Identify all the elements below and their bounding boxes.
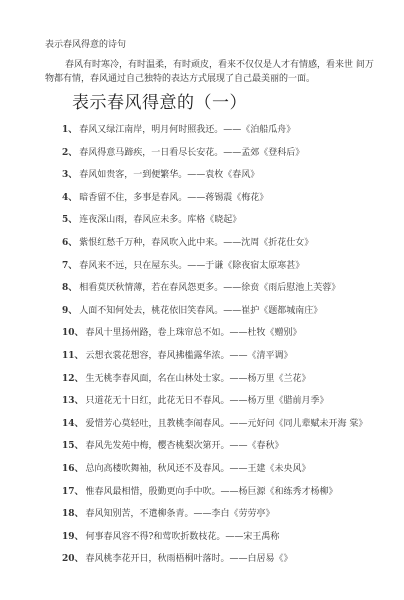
list-item: 15、春风先发苑中梅，樱杏桃梨次第开。——《春秋》 — [62, 439, 367, 462]
item-number: 18、 — [62, 509, 84, 519]
item-number: 9、 — [62, 306, 77, 316]
item-number: 8、 — [62, 283, 77, 293]
intro-paragraph: 春风有时寒冷，有时温柔，有时顽皮，看来不仅仅是人才有情感，看来世 间万 物都有情… — [45, 58, 365, 86]
list-item: 12、生无桃李春风面，名在山林处士家。——杨万里《兰花》 — [62, 372, 367, 395]
poem-list: 1、春风又绿江南岸，明月何时照我还。——《泊船瓜舟》 2、春风得意马蹄疾，一日看… — [62, 123, 367, 575]
item-text: 春风得意马蹄疾，一日看尽长安花。——孟郊《登科后》 — [79, 148, 304, 158]
item-text: 云想衣裳花想容，春风拂槛露华浓。——《清平调》 — [86, 351, 293, 361]
list-item: 16、总向高楼吹舞袖，秋风还不及春风。——王建《未央风》 — [62, 462, 367, 485]
list-item: 9、人面不知何处去，桃花依旧笑春风。——崔护《题都城南庄》 — [62, 304, 367, 327]
item-number: 6、 — [62, 238, 77, 248]
item-number: 20、 — [62, 554, 84, 564]
item-text: 何事春风容不得?和莺吹折数枝花。——宋王禹称 — [86, 532, 280, 542]
item-text: 只道花无十日红，此花无日不春风。——杨万里《腊前月季》 — [86, 396, 329, 406]
item-number: 2、 — [62, 148, 77, 158]
list-item: 3、春风如贵客，一到便繁华。——袁枚《春风》 — [62, 168, 367, 191]
document-page: 表示春风得意的诗句 春风有时寒冷，有时温柔，有时顽皮，看来不仅仅是人才有情感，看… — [0, 0, 404, 600]
list-item: 5、连夜深山雨，春风应未多。库格《晓起》 — [62, 213, 367, 236]
list-item: 2、春风得意马蹄疾，一日看尽长安花。——孟郊《登科后》 — [62, 146, 367, 169]
item-text: 惟春风最相惜，殷勤更向手中吹。——杨巨源《和练秀才杨柳》 — [86, 487, 338, 497]
item-number: 15、 — [62, 441, 84, 451]
item-text: 生无桃李春风面，名在山林处士家。——杨万里《兰花》 — [86, 374, 311, 384]
item-number: 5、 — [62, 215, 77, 225]
list-item: 6、紫恨红愁千万种，春风吹入此中来。——沈周《折花仕女》 — [62, 236, 367, 259]
item-text: 春风知别苦，不遣柳条青。——李白《劳劳亭》 — [86, 509, 275, 519]
item-number: 16、 — [62, 464, 84, 474]
list-item: 4、暗香留不住，多事是春风。——蒋锡震《梅花》 — [62, 191, 367, 214]
item-number: 7、 — [62, 261, 77, 271]
list-item: 7、春风来不远，只在屋东头。——于谦《除夜宿太原寒甚》 — [62, 259, 367, 282]
item-text: 总向高楼吹舞袖，秋风还不及春风。——王建《未央风》 — [86, 464, 311, 474]
item-text: 春风又绿江南岸，明月何时照我还。——《泊船瓜舟》 — [79, 125, 295, 135]
item-text: 春风桃李花开日，秋雨梧桐叶落时。——白居易《》 — [86, 554, 293, 564]
list-item: 11、云想衣裳花想容，春风拂槛露华浓。——《清平调》 — [62, 349, 367, 372]
item-text: 春风十里扬州路，卷上珠帘总不如。——杜牧《赠别》 — [86, 328, 302, 338]
item-text: 爱惜芳心莫轻吐，且教桃李闹春风。——元好问《同儿辈赋未开海 棠》 — [86, 419, 368, 429]
item-number: 12、 — [62, 374, 84, 384]
item-number: 1、 — [62, 125, 77, 135]
item-text: 相看莫厌秋情薄，若在春风怨更多。——徐贲《雨后慰池上芙蓉》 — [79, 283, 340, 293]
list-item: 13、只道花无十日红，此花无日不春风。——杨万里《腊前月季》 — [62, 394, 367, 417]
list-item: 10、春风十里扬州路，卷上珠帘总不如。——杜牧《赠别》 — [62, 326, 367, 349]
item-number: 11、 — [62, 351, 84, 361]
list-item: 8、相看莫厌秋情薄，若在春风怨更多。——徐贲《雨后慰池上芙蓉》 — [62, 281, 367, 304]
item-number: 19、 — [62, 532, 84, 542]
list-item: 14、爱惜芳心莫轻吐，且教桃李闹春风。——元好问《同儿辈赋未开海 棠》 — [62, 417, 367, 440]
item-number: 4、 — [62, 193, 77, 203]
item-text: 连夜深山雨，春风应未多。库格《晓起》 — [79, 215, 241, 225]
item-number: 14、 — [62, 419, 84, 429]
item-text: 春风如贵客，一到便繁华。——袁枚《春风》 — [79, 170, 259, 180]
item-text: 春风来不远，只在屋东头。——于谦《除夜宿太原寒甚》 — [79, 261, 304, 271]
list-item: 17、惟春风最相惜，殷勤更向手中吹。——杨巨源《和练秀才杨柳》 — [62, 485, 367, 508]
item-text: 紫恨红愁千万种，春风吹入此中来。——沈周《折花仕女》 — [79, 238, 313, 248]
intro-line: 物都有情，春风通过自己独特的表达方式展现了自己最美丽的一面。 — [45, 72, 365, 86]
item-number: 10、 — [62, 328, 84, 338]
item-text: 暗香留不住，多事是春风。——蒋锡震《梅花》 — [79, 193, 268, 203]
item-text: 春风先发苑中梅，樱杏桃梨次第开。——《春秋》 — [86, 441, 284, 451]
list-item: 1、春风又绿江南岸，明月何时照我还。——《泊船瓜舟》 — [62, 123, 367, 146]
item-number: 13、 — [62, 396, 84, 406]
document-title: 表示春风得意的诗句 — [45, 39, 126, 51]
list-item: 20、春风桃李花开日，秋雨梧桐叶落时。——白居易《》 — [62, 552, 367, 575]
intro-line: 春风有时寒冷，有时温柔，有时顽皮，看来不仅仅是人才有情感，看来世 间万 — [45, 58, 365, 72]
item-number: 17、 — [62, 487, 84, 497]
item-number: 3、 — [62, 170, 77, 180]
list-item: 18、春风知别苦，不遣柳条青。——李白《劳劳亭》 — [62, 507, 367, 530]
item-text: 人面不知何处去，桃花依旧笑春风。——崔护《题都城南庄》 — [79, 306, 322, 316]
list-item: 19、何事春风容不得?和莺吹折数枝花。——宋王禹称 — [62, 530, 367, 553]
section-heading: 表示春风得意的（一） — [72, 92, 247, 114]
